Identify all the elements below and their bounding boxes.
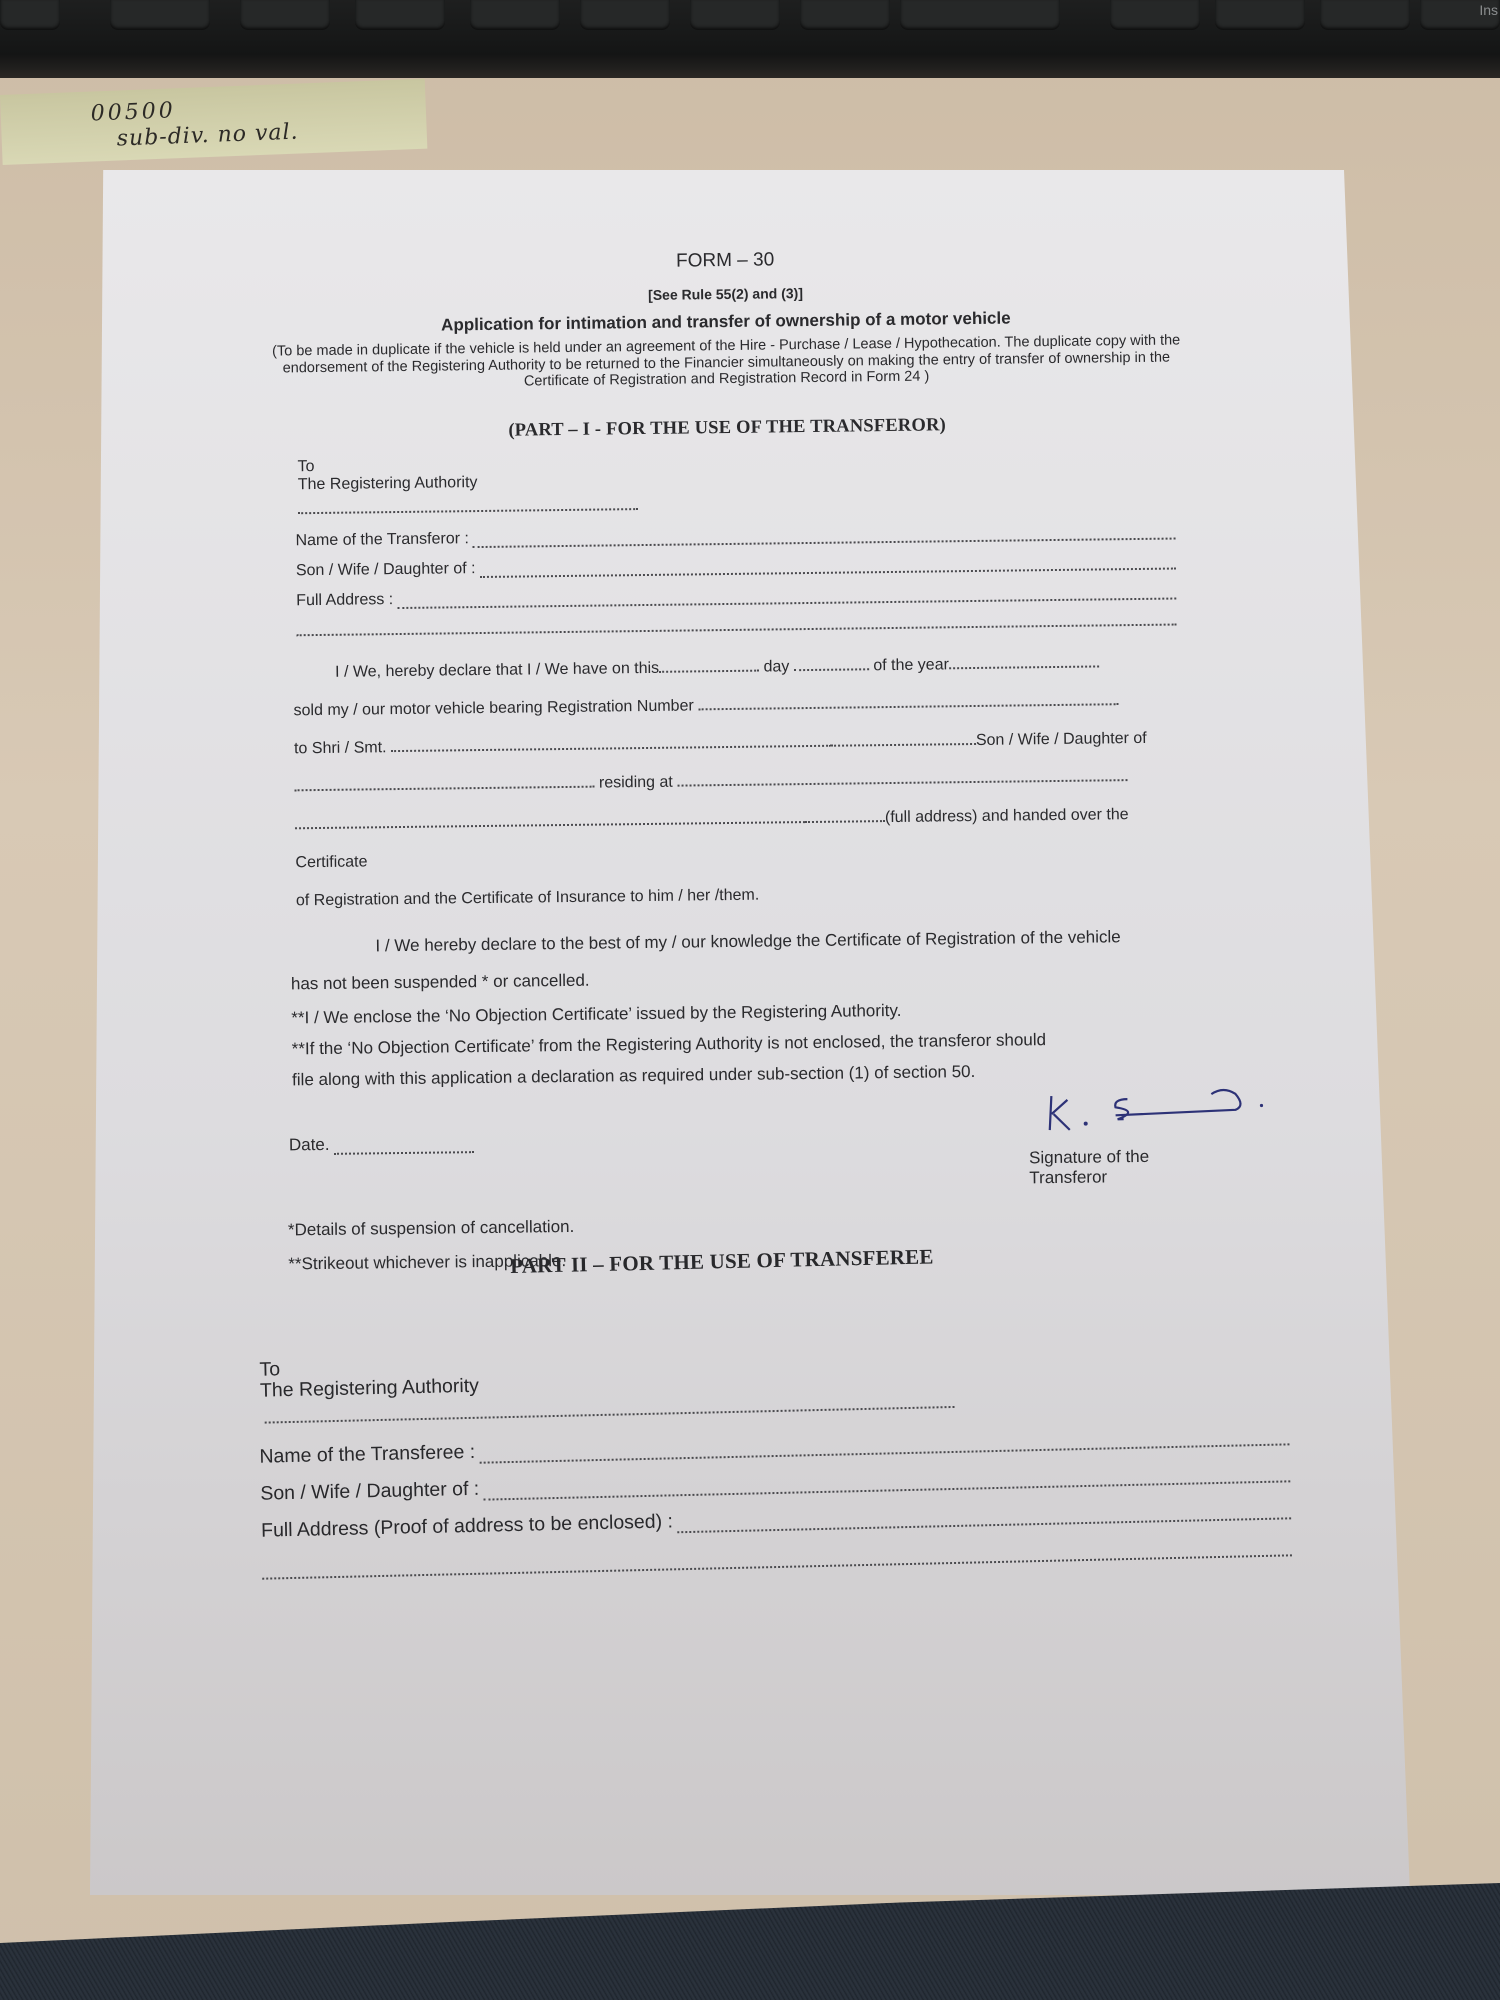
transferee-relation-field[interactable] [483,1467,1290,1500]
transferee-address-label: Full Address (Proof of address to be enc… [261,1510,673,1542]
date-field[interactable] [333,1139,473,1155]
sticky-note: 00500 sub-div. no val. [0,79,427,165]
transferor-details: Name of the Transferor : Son / Wife / Da… [295,521,1176,636]
transferor-address-field-2[interactable] [297,611,1177,636]
registration-declaration: I / We hereby declare to the best of my … [290,917,1212,1095]
declaration-text: to Shri / Smt. [294,739,387,757]
keyboard-key [0,0,60,30]
declaration-text: residing at [599,773,673,791]
transferor-name-label: Name of the Transferor : [295,530,469,550]
form-heading: Application for intimation and transfer … [261,306,1191,337]
handwritten-signature: K. S [1043,1083,1284,1136]
form-30-part-1: FORM – 30 [See Rule 55(2) and (3)] Appli… [260,244,1202,1279]
keyboard-key [800,0,890,30]
transferor-relation-field[interactable] [479,555,1175,578]
sticky-note-line-1: 00500 [90,98,176,126]
transferee-name-label: Name of the Transferee : [259,1441,475,1469]
declaration-line-5: (full address) and handed over the Certi… [295,795,1196,882]
transferor-address-field[interactable] [397,585,1176,609]
keyboard-key [110,0,210,30]
transferee-residence-inline-field[interactable] [677,769,1127,786]
declaration-text: I / We, hereby declare that I / We have … [335,659,659,680]
keyboard-key-ins: Ins [1420,0,1500,30]
declared-day-field[interactable] [794,658,869,671]
transferee-name-inline-field[interactable] [391,734,831,751]
authority-address-field[interactable] [298,496,638,514]
date-row: Date. [289,1133,474,1155]
key-label: Ins [1479,2,1498,18]
transferee-details: Name of the Transferee : Son / Wife / Da… [259,1422,1292,1579]
transferee-name-field[interactable] [479,1430,1289,1463]
keyboard-key [470,0,560,30]
transferee-address-field[interactable] [677,1504,1291,1533]
addressee-2: To The Registering Authority [259,1336,1288,1423]
declaration-text: day [763,658,789,675]
form-30-part-2: PART II – FOR THE USE OF TRANSFEREE To T… [245,1236,1292,1580]
transferor-address-row: Full Address : [296,581,1176,610]
transferee-parent-inline-field[interactable] [294,775,594,791]
keyboard: Ins [0,0,1500,78]
keyboard-key [1320,0,1410,30]
transferor-name-row: Name of the Transferor : [295,521,1175,550]
signature-scribble [1043,1083,1284,1136]
declared-date-field[interactable] [659,659,759,672]
signature-label: Signature of the Transferor [1029,1146,1201,1188]
transferor-address-label: Full Address : [296,591,393,610]
transferee-name-inline-field-2[interactable] [831,732,976,746]
keyboard-key [1110,0,1200,30]
keyboard-key [690,0,780,30]
keyboard-key [1215,0,1305,30]
declaration-text: Son / Wife / Daughter of [976,729,1147,748]
transferee-relation-label: Son / Wife / Daughter of : [260,1478,479,1506]
declared-year-field[interactable] [949,655,1099,669]
keyboard-key [580,0,670,30]
keyboard-key [900,0,1060,30]
declaration-text: sold my / our motor vehicle bearing Regi… [293,697,693,719]
transferor-relation-label: Son / Wife / Daughter of : [296,560,476,580]
signature-block: Date. K. S Signature of the Transferor [288,1084,1201,1205]
addressee: To The Registering Authority [298,447,1194,514]
sale-declaration: I / We, hereby declare that I / We have … [293,643,1196,920]
declaration-text: of the year [873,656,949,674]
transferee-relation-row: Son / Wife / Daughter of : [260,1459,1290,1505]
transferor-address-row-2 [297,611,1177,636]
transferee-full-address-field[interactable] [295,811,805,829]
form-note: (To be made in duplicate if the vehicle … [261,332,1192,393]
transferee-address-row: Full Address (Proof of address to be enc… [261,1496,1291,1542]
keyboard-key [355,0,445,30]
date-label: Date. [289,1134,330,1154]
registration-number-field[interactable] [698,693,1118,710]
transferee-name-row: Name of the Transferee : [259,1422,1289,1468]
keyboard-key [240,0,330,30]
transferor-relation-row: Son / Wife / Daughter of : [296,551,1176,580]
transferee-full-address-field-2[interactable] [805,810,885,823]
transferor-name-field[interactable] [473,525,1176,548]
rule-reference: [See Rule 55(2) and (3)] [260,280,1190,307]
part-1-title: (PART – I - FOR THE USE OF THE TRANSFERO… [262,412,1192,444]
